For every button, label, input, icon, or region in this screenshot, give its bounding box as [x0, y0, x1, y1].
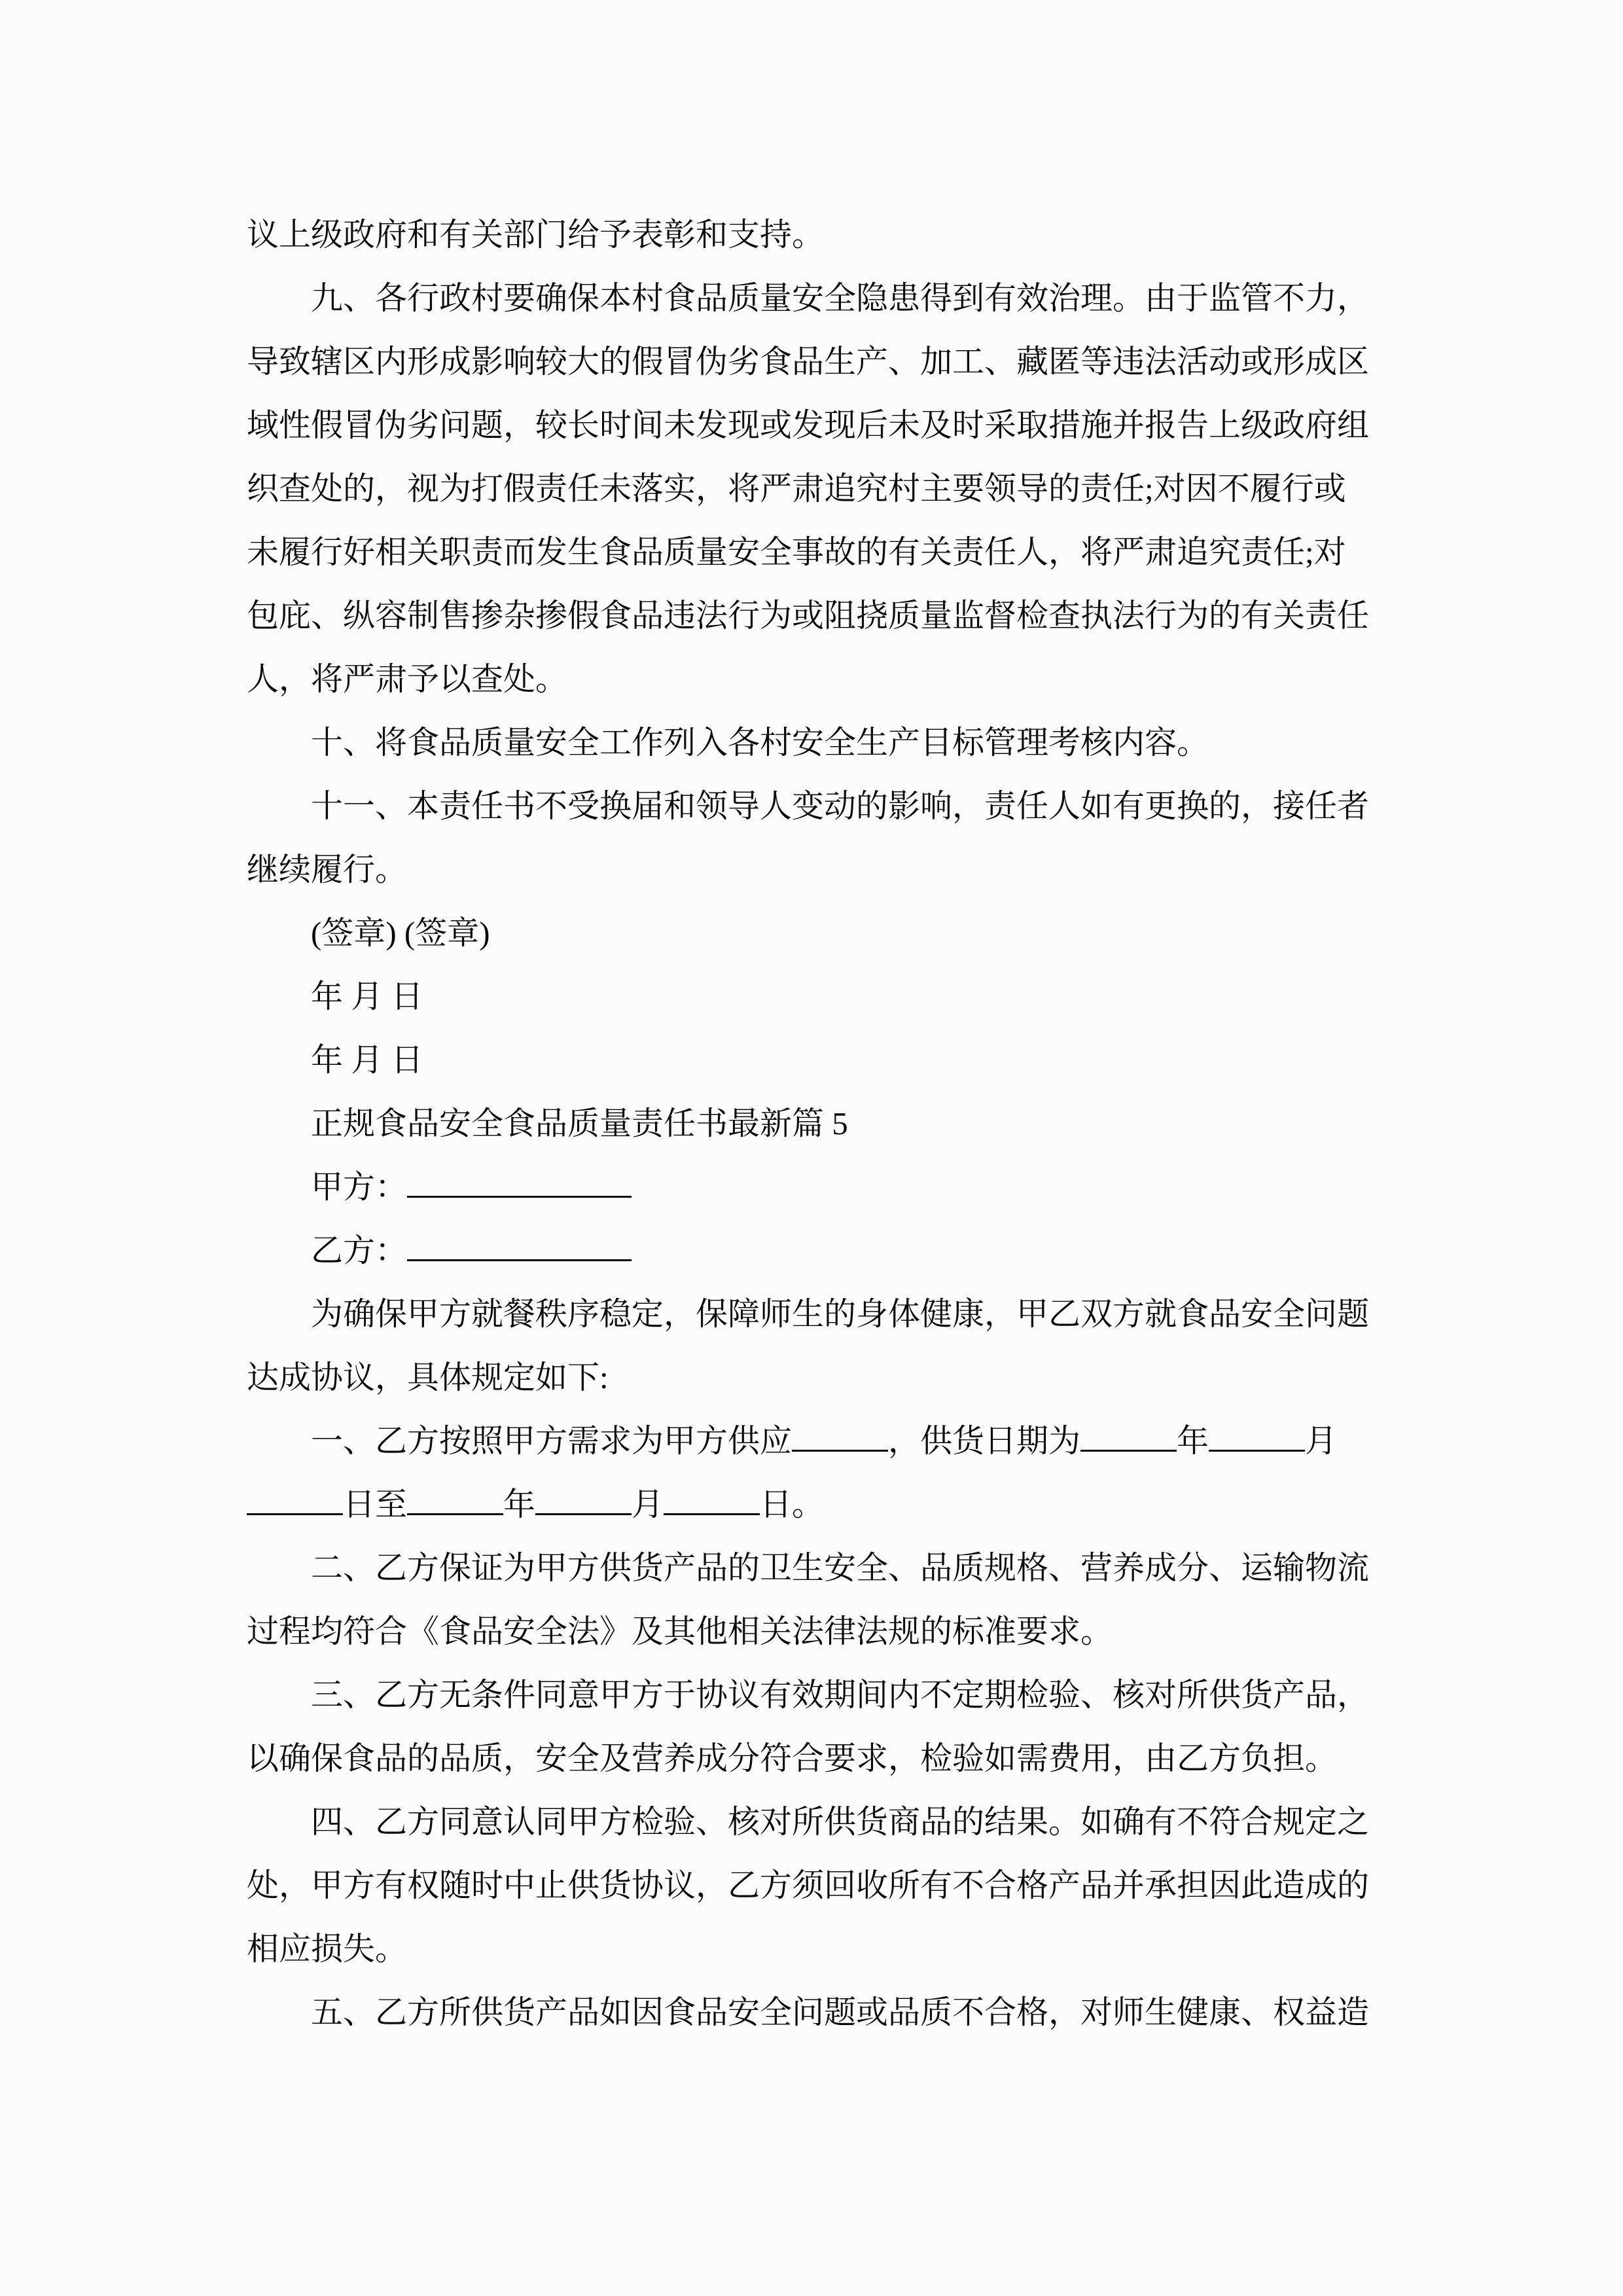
text-run: 过程均符合《食品安全法》及其他相关法律法规的标准要求。 [247, 1613, 1113, 1649]
text-line: 以确保食品的品质，安全及营养成分符合要求，检验如需费用，由乙方负担。 [247, 1727, 1387, 1790]
text-line: 达成协议，具体规定如下: [247, 1346, 1387, 1409]
text-line: 织查处的，视为打假责任未落实，将严肃追究村主要领导的责任;对因不履行或 [247, 457, 1387, 520]
text-line: 年 月 日 [247, 1028, 1387, 1092]
text-run: 达成协议，具体规定如下: [247, 1359, 609, 1395]
text-run: 以确保食品的品质，安全及营养成分符合要求，检验如需费用，由乙方负担。 [247, 1740, 1337, 1776]
text-run: 乙方： [311, 1232, 407, 1268]
text-run: 三、乙方无条件同意甲方于协议有效期间内不定期检验、核对所供货产品， [311, 1677, 1369, 1713]
text-run: 日至 [343, 1486, 407, 1522]
text-line: (签章) (签章) [247, 901, 1387, 965]
text-line: 导致辖区内形成影响较大的假冒伪劣食品生产、加工、藏匿等违法活动或形成区 [247, 330, 1387, 393]
text-run: 十一、本责任书不受换届和领导人变动的影响，责任人如有更换的，接任者 [311, 788, 1369, 824]
text-run: 正规食品安全食品质量责任书最新篇 5 [311, 1105, 848, 1141]
text-run: 九、各行政村要确保本村食品质量安全隐患得到有效治理。由于监管不力， [311, 280, 1369, 316]
fill-in-blank [407, 1167, 632, 1198]
text-run: 甲方： [311, 1169, 407, 1205]
text-run: 月 [1305, 1423, 1337, 1459]
text-run: 一、乙方按照甲方需求为甲方供应 [311, 1423, 792, 1459]
text-run: 年 [503, 1486, 535, 1522]
text-line: 九、各行政村要确保本村食品质量安全隐患得到有效治理。由于监管不力， [247, 266, 1387, 330]
text-run: 未履行好相关职责而发生食品质量安全事故的有关责任人，将严肃追究责任;对 [247, 534, 1346, 570]
fill-in-blank [1209, 1421, 1305, 1452]
text-line: 二、乙方保证为甲方供货产品的卫生安全、品质规格、营养成分、运输物流 [247, 1536, 1387, 1600]
text-line: 议上级政府和有关部门给予表彰和支持。 [247, 203, 1387, 266]
fill-in-blank [792, 1421, 888, 1452]
text-run: 年 月 日 [311, 1042, 423, 1078]
text-run: 二、乙方保证为甲方供货产品的卫生安全、品质规格、营养成分、运输物流 [311, 1550, 1369, 1586]
text-run: 四、乙方同意认同甲方检验、核对所供货商品的结果。如确有不符合规定之 [311, 1804, 1369, 1840]
fill-in-blank [664, 1484, 760, 1515]
text-line: 过程均符合《食品安全法》及其他相关法律法规的标准要求。 [247, 1600, 1387, 1663]
text-line: 十、将食品质量安全工作列入各村安全生产目标管理考核内容。 [247, 711, 1387, 774]
text-line: 处，甲方有权随时中止供货协议，乙方须回收所有不合格产品并承担因此造成的 [247, 1854, 1387, 1917]
text-run: 域性假冒伪劣问题，较长时间未发现或发现后未及时采取措施并报告上级政府组 [247, 407, 1369, 443]
text-line: 相应损失。 [247, 1917, 1387, 1981]
text-line: 甲方： [247, 1155, 1387, 1219]
text-line: 正规食品安全食品质量责任书最新篇 5 [247, 1092, 1387, 1155]
text-line: 乙方： [247, 1219, 1387, 1282]
text-run: 包庇、纵容制售掺杂掺假食品违法行为或阻挠质量监督检查执法行为的有关责任 [247, 598, 1369, 634]
document-page: 议上级政府和有关部门给予表彰和支持。九、各行政村要确保本村食品质量安全隐患得到有… [0, 0, 1623, 2296]
text-run: 导致辖区内形成影响较大的假冒伪劣食品生产、加工、藏匿等违法活动或形成区 [247, 344, 1369, 380]
text-run: 相应损失。 [247, 1931, 407, 1967]
text-line: 为确保甲方就餐秩序稳定，保障师生的身体健康，甲乙双方就食品安全问题 [247, 1282, 1387, 1346]
text-run: 年 [1177, 1423, 1209, 1459]
text-run: 五、乙方所供货产品如因食品安全问题或品质不合格，对师生健康、权益造 [311, 1994, 1369, 2030]
fill-in-blank [535, 1484, 632, 1515]
document-text: 议上级政府和有关部门给予表彰和支持。九、各行政村要确保本村食品质量安全隐患得到有… [247, 203, 1387, 2044]
text-line: 年 月 日 [247, 965, 1387, 1028]
fill-in-blank [407, 1484, 503, 1515]
text-run: 月 [632, 1486, 664, 1522]
text-run: 日。 [760, 1486, 824, 1522]
text-line: 日至年月日。 [247, 1473, 1387, 1536]
fill-in-blank [407, 1230, 632, 1261]
text-line: 五、乙方所供货产品如因食品安全问题或品质不合格，对师生健康、权益造 [247, 1981, 1387, 2044]
text-run: 处，甲方有权随时中止供货协议，乙方须回收所有不合格产品并承担因此造成的 [247, 1867, 1369, 1903]
text-line: 继续履行。 [247, 838, 1387, 901]
text-run: (签章) (签章) [311, 915, 490, 951]
text-line: 未履行好相关职责而发生食品质量安全事故的有关责任人，将严肃追究责任;对 [247, 520, 1387, 584]
text-run: 继续履行。 [247, 852, 407, 888]
text-line: 人，将严肃予以查处。 [247, 647, 1387, 711]
text-line: 包庇、纵容制售掺杂掺假食品违法行为或阻挠质量监督检查执法行为的有关责任 [247, 584, 1387, 647]
text-run: 人，将严肃予以查处。 [247, 661, 567, 697]
text-run: 议上级政府和有关部门给予表彰和支持。 [247, 217, 824, 253]
text-line: 一、乙方按照甲方需求为甲方供应，供货日期为年月 [247, 1409, 1387, 1473]
text-line: 十一、本责任书不受换届和领导人变动的影响，责任人如有更换的，接任者 [247, 774, 1387, 838]
text-run: ，供货日期为 [888, 1423, 1080, 1459]
text-line: 四、乙方同意认同甲方检验、核对所供货商品的结果。如确有不符合规定之 [247, 1790, 1387, 1854]
text-run: 十、将食品质量安全工作列入各村安全生产目标管理考核内容。 [311, 725, 1209, 761]
fill-in-blank [247, 1484, 343, 1515]
text-run: 织查处的，视为打假责任未落实，将严肃追究村主要领导的责任;对因不履行或 [247, 471, 1346, 507]
fill-in-blank [1080, 1421, 1177, 1452]
text-run: 为确保甲方就餐秩序稳定，保障师生的身体健康，甲乙双方就食品安全问题 [311, 1296, 1369, 1332]
text-line: 域性假冒伪劣问题，较长时间未发现或发现后未及时采取措施并报告上级政府组 [247, 393, 1387, 457]
text-run: 年 月 日 [311, 978, 423, 1014]
text-line: 三、乙方无条件同意甲方于协议有效期间内不定期检验、核对所供货产品， [247, 1663, 1387, 1727]
